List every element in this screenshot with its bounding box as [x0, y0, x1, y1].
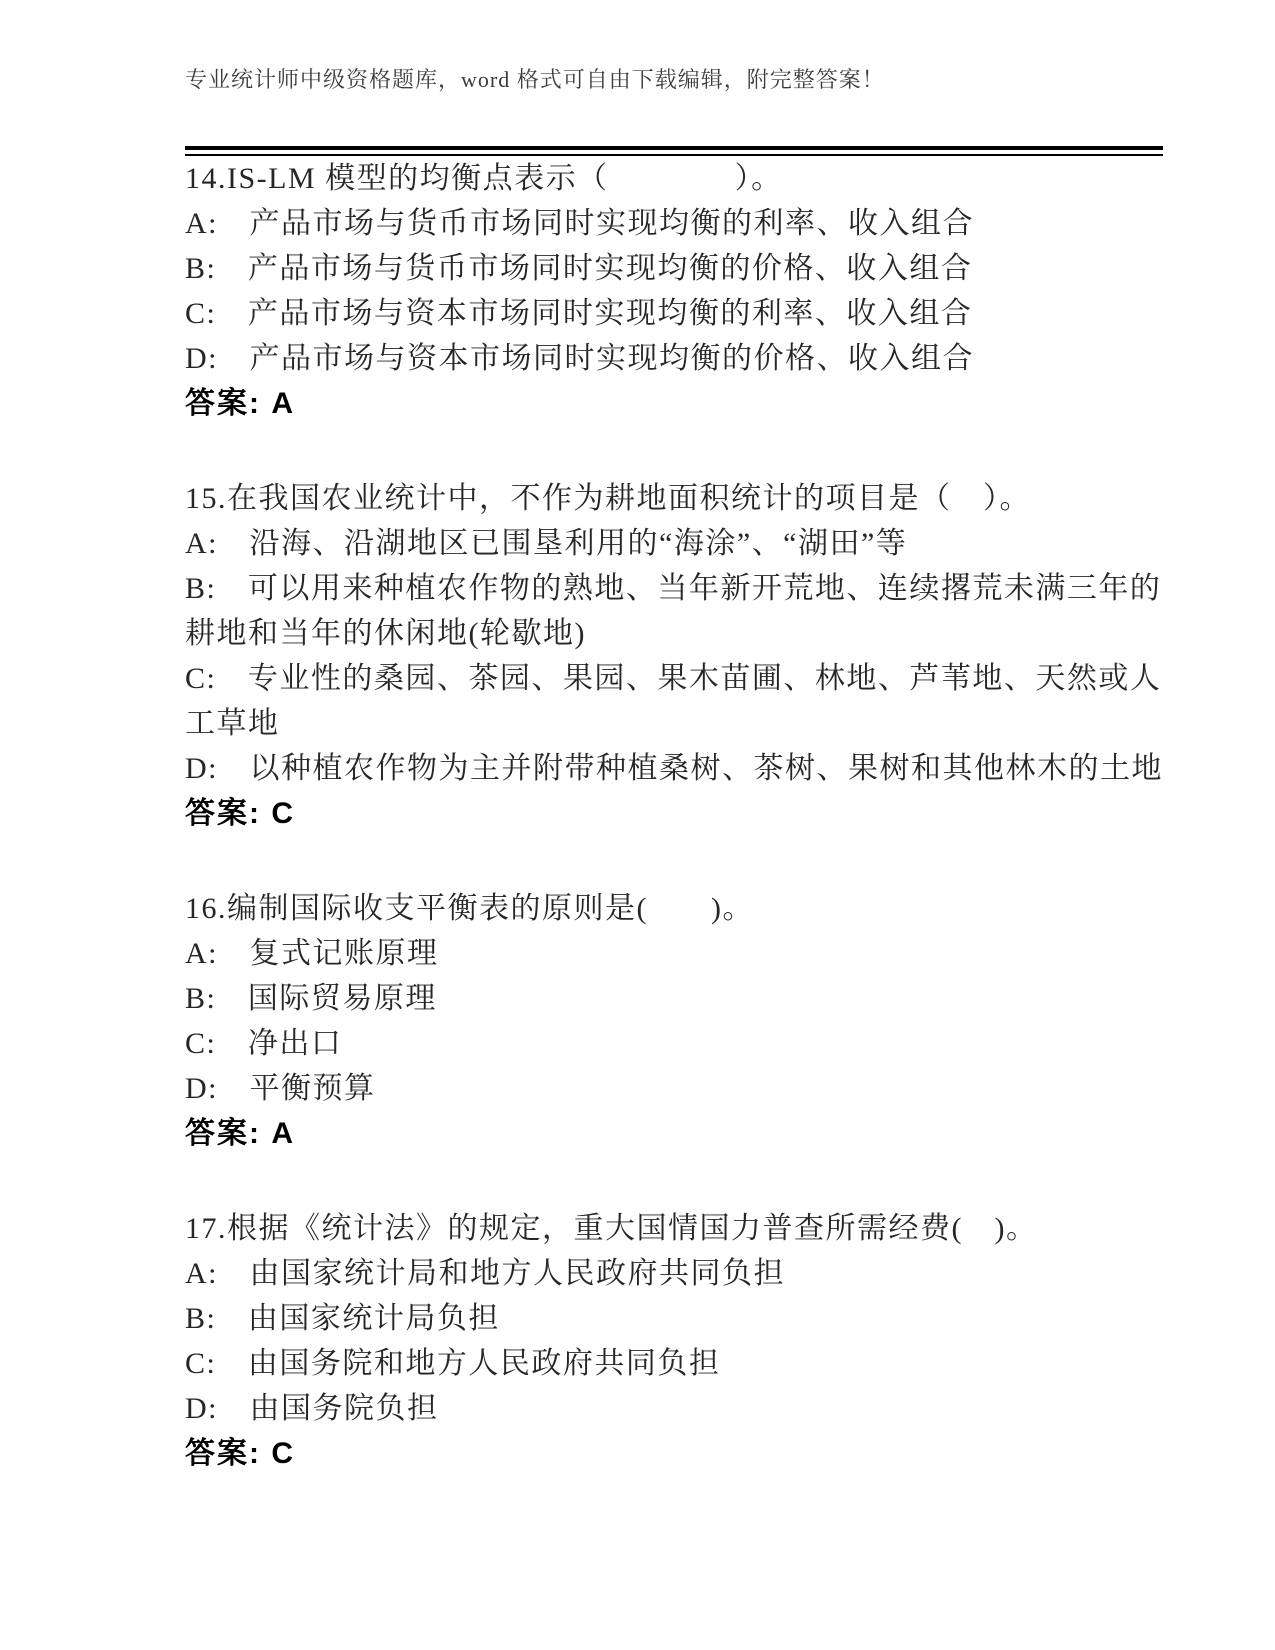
option-line-d: D: 产品市场与资本市场同时实现均衡的价格、收入组合 — [185, 336, 1163, 381]
answer-line: 答案: A — [185, 1111, 1163, 1156]
option-line-d: D: 平衡预算 — [185, 1066, 1163, 1111]
question-14: 14.IS-LM 模型的均衡点表示（ ）。 A: 产品市场与货币市场同时实现均衡… — [185, 156, 1163, 426]
option-line-b: B: 由国家统计局负担 — [185, 1296, 1163, 1341]
question-title: 16.编制国际收支平衡表的原则是( )。 — [185, 886, 1163, 931]
option-line-c: C: 产品市场与资本市场同时实现均衡的利率、收入组合 — [185, 291, 1163, 336]
option-line-a: A: 复式记账原理 — [185, 931, 1163, 976]
option-line-b-wrap: 耕地和当年的休闲地(轮歇地) — [185, 611, 1163, 656]
option-line-d: D: 由国务院负担 — [185, 1386, 1163, 1431]
header-divider-rule — [185, 146, 1163, 156]
question-title: 15.在我国农业统计中，不作为耕地面积统计的项目是（ ）。 — [185, 476, 1163, 521]
page-content: 专业统计师中级资格题库，word 格式可自由下载编辑，附完整答案！ 14.IS-… — [0, 0, 1275, 1476]
question-title: 17.根据《统计法》的规定，重大国情国力普查所需经费( )。 — [185, 1206, 1163, 1251]
question-16: 16.编制国际收支平衡表的原则是( )。 A: 复式记账原理 B: 国际贸易原理… — [185, 886, 1163, 1156]
answer-line: 答案: C — [185, 791, 1163, 836]
option-line-c: C: 专业性的桑园、茶园、果园、果木苗圃、林地、芦苇地、天然或人 — [185, 656, 1163, 701]
question-15: 15.在我国农业统计中，不作为耕地面积统计的项目是（ ）。 A: 沿海、沿湖地区… — [185, 476, 1163, 836]
document-page: 专业统计师中级资格题库，word 格式可自由下载编辑，附完整答案！ 14.IS-… — [0, 0, 1275, 1650]
option-line-a: A: 沿海、沿湖地区已围垦利用的“海涂”、“湖田”等 — [185, 521, 1163, 566]
option-line-b: B: 可以用来种植农作物的熟地、当年新开荒地、连续撂荒未满三年的 — [185, 566, 1163, 611]
question-title: 14.IS-LM 模型的均衡点表示（ ）。 — [185, 156, 1163, 201]
option-line-a: A: 产品市场与货币市场同时实现均衡的利率、收入组合 — [185, 201, 1163, 246]
option-line-b: B: 国际贸易原理 — [185, 976, 1163, 1021]
page-header-text: 专业统计师中级资格题库，word 格式可自由下载编辑，附完整答案！ — [185, 0, 1163, 94]
option-line-a: A: 由国家统计局和地方人民政府共同负担 — [185, 1251, 1163, 1296]
option-line-d: D: 以种植农作物为主并附带种植桑树、茶树、果树和其他林木的土地 — [185, 746, 1163, 791]
question-list: 14.IS-LM 模型的均衡点表示（ ）。 A: 产品市场与货币市场同时实现均衡… — [185, 156, 1163, 1476]
option-line-c: C: 净出口 — [185, 1021, 1163, 1066]
option-line-c-wrap: 工草地 — [185, 701, 1163, 746]
question-17: 17.根据《统计法》的规定，重大国情国力普查所需经费( )。 A: 由国家统计局… — [185, 1206, 1163, 1476]
answer-line: 答案: C — [185, 1431, 1163, 1476]
option-line-b: B: 产品市场与货币市场同时实现均衡的价格、收入组合 — [185, 246, 1163, 291]
option-line-c: C: 由国务院和地方人民政府共同负担 — [185, 1341, 1163, 1386]
answer-line: 答案: A — [185, 381, 1163, 426]
